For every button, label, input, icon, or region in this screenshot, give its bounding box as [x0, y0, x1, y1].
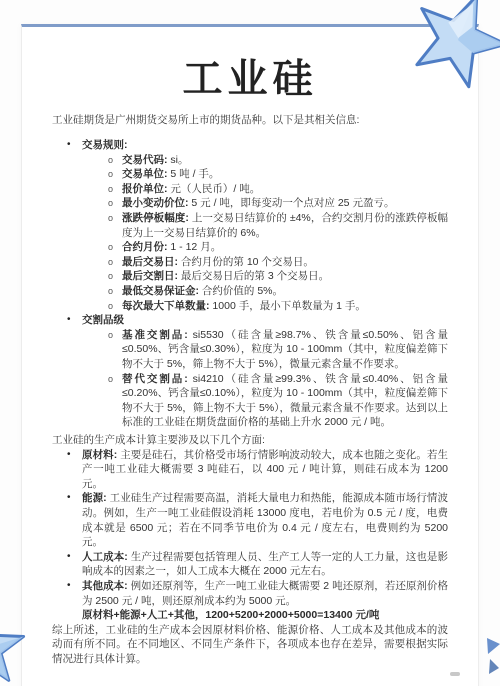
triangle-decoration-bottom-right-lower: [488, 658, 500, 676]
list-item: o 交易代码: si。: [52, 153, 448, 168]
triangle-decoration-bottom-right-upper: [486, 636, 500, 656]
item-text: 元（人民币）/ 吨。: [170, 183, 260, 195]
circle-bullet-icon: o: [108, 240, 113, 255]
item-text: 最后交易日后的第 3 个交易日。: [181, 270, 329, 282]
item-label: 基准交割品:: [122, 329, 193, 341]
circle-bullet-icon: o: [108, 299, 113, 314]
list-item: o 替代交割品: si4210（硅含量≥99.3%、铁含量≤0.40%、铝含量≤…: [52, 372, 448, 430]
list-item: • 能源: 工业硅生产过程需要高温，消耗大量电力和热能，能源成本随市场行情波动。…: [52, 491, 448, 549]
document-content: 工业硅 工业硅期货是广州期货交易所上市的期货品种。以下是其相关信息: • 交易规…: [22, 57, 478, 666]
list-item: o 最低交易保证金: 合约价值的 5%。: [52, 284, 448, 299]
item-label: 交易单位:: [122, 168, 170, 180]
list-item: • 其他成本: 例如还原剂等，生产一吨工业硅大概需要 2 吨还原剂，若还原剂价格…: [52, 579, 448, 608]
item-text: 例如还原剂等，生产一吨工业硅大概需要 2 吨还原剂，若还原剂价格为 2500 元…: [82, 580, 448, 607]
item-label: 每次最大下单数量:: [122, 300, 212, 312]
item-label: 最后交割日:: [122, 270, 181, 282]
circle-bullet-icon: o: [108, 284, 113, 299]
circle-bullet-icon: o: [108, 255, 113, 270]
delivery-grades-heading: 交割品级: [82, 314, 124, 326]
conclusion-paragraph: 综上所述，工业硅的生产成本会因原材料价格、能源价格、人工成本及其他成本的波动而有…: [52, 623, 448, 667]
list-item: o 最后交割日: 最后交易日后的第 3 个交易日。: [52, 269, 448, 284]
circle-bullet-icon: o: [108, 269, 113, 284]
circle-bullet-icon: o: [108, 196, 113, 211]
cost-intro-paragraph: 工业硅的生产成本计算主要涉及以下几个方面:: [52, 433, 448, 448]
item-label: 最低交易保证金:: [122, 285, 202, 297]
item-label: 报价单位:: [122, 183, 170, 195]
list-item: o 交易单位: 5 吨 / 手。: [52, 167, 448, 182]
item-text: 5 元 / 吨，即每变动一个点对应 25 元盈亏。: [191, 197, 394, 209]
item-label: 涨跌停板幅度:: [122, 212, 192, 224]
intro-paragraph: 工业硅期货是广州期货交易所上市的期货品种。以下是其相关信息:: [52, 113, 448, 128]
list-item: o 最小变动价位: 5 元 / 吨，即每变动一个点对应 25 元盈亏。: [52, 196, 448, 211]
bullet-icon: •: [67, 579, 71, 594]
item-text: 5 吨 / 手。: [170, 168, 219, 180]
list-item: o 最后交易日: 合约月份的第 10 个交易日。: [52, 255, 448, 270]
trading-rules-heading: 交易规则:: [82, 139, 128, 151]
item-label: 最小变动价位:: [122, 197, 191, 209]
list-item-trading-rules-heading: • 交易规则:: [52, 138, 448, 153]
list-item: o 涨跌停板幅度: 上一交易日结算价的 ±4%，合约交割月份的涨跌停板幅度为上一…: [52, 211, 448, 240]
item-text: 1000 手，最小下单数量为 1 手。: [212, 300, 365, 312]
circle-bullet-icon: o: [108, 372, 113, 387]
item-text: 1 - 12 月。: [170, 241, 221, 253]
item-text: 主要是硅石，其价格受市场行情影响波动较大，成本也随之变化。若生产一吨工业硅大概需…: [82, 449, 448, 490]
item-text: 生产过程需要包括管理人员、生产工人等一定的人工力量，这也是影响成本的因素之一，如…: [82, 551, 448, 578]
list-item: o 每次最大下单数量: 1000 手，最小下单数量为 1 手。: [52, 299, 448, 314]
item-label: 最后交易日:: [122, 256, 181, 268]
item-label: 原材料:: [82, 449, 120, 461]
item-label: 人工成本:: [82, 551, 131, 563]
list-item-delivery-grades-heading: • 交割品级: [52, 313, 448, 328]
circle-bullet-icon: o: [108, 328, 113, 343]
item-label: 替代交割品:: [122, 373, 193, 385]
item-label: 其他成本:: [82, 580, 131, 592]
circle-bullet-icon: o: [108, 167, 113, 182]
list-item: o 基准交割品: si5530（硅含量≥98.7%、铁含量≤0.50%、铝含量≤…: [52, 328, 448, 372]
bullet-icon: •: [67, 550, 71, 565]
document-page: 工业硅 工业硅期货是广州期货交易所上市的期货品种。以下是其相关信息: • 交易规…: [21, 24, 479, 686]
list-item: • 人工成本: 生产过程需要包括管理人员、生产工人等一定的人工力量，这也是影响成…: [52, 550, 448, 579]
circle-bullet-icon: o: [108, 211, 113, 226]
item-label: 能源:: [82, 492, 110, 504]
page-title: 工业硅: [52, 57, 448, 101]
list-item: o 报价单位: 元（人民币）/ 吨。: [52, 182, 448, 197]
item-label: 合约月份:: [122, 241, 170, 253]
bullet-icon: •: [67, 491, 71, 506]
bullet-icon: •: [67, 313, 71, 328]
item-text: 合约价值的 5%。: [202, 285, 283, 297]
item-label: 交易代码:: [122, 154, 170, 166]
circle-bullet-icon: o: [108, 182, 113, 197]
circle-bullet-icon: o: [108, 153, 113, 168]
list-item: o 合约月份: 1 - 12 月。: [52, 240, 448, 255]
bullet-icon: •: [67, 448, 71, 463]
bullet-icon: •: [67, 138, 71, 153]
item-text: 工业硅生产过程需要高温，消耗大量电力和热能，能源成本随市场行情波动。例如，生产一…: [82, 492, 448, 548]
item-text: si。: [170, 154, 188, 166]
list-item: • 原材料: 主要是硅石，其价格受市场行情影响波动较大，成本也随之变化。若生产一…: [52, 448, 448, 492]
item-text: 合约月份的第 10 个交易日。: [181, 256, 314, 268]
cost-formula: 原材料+能源+人工+其他，1200+5200+2000+5000=13400 元…: [52, 608, 448, 623]
